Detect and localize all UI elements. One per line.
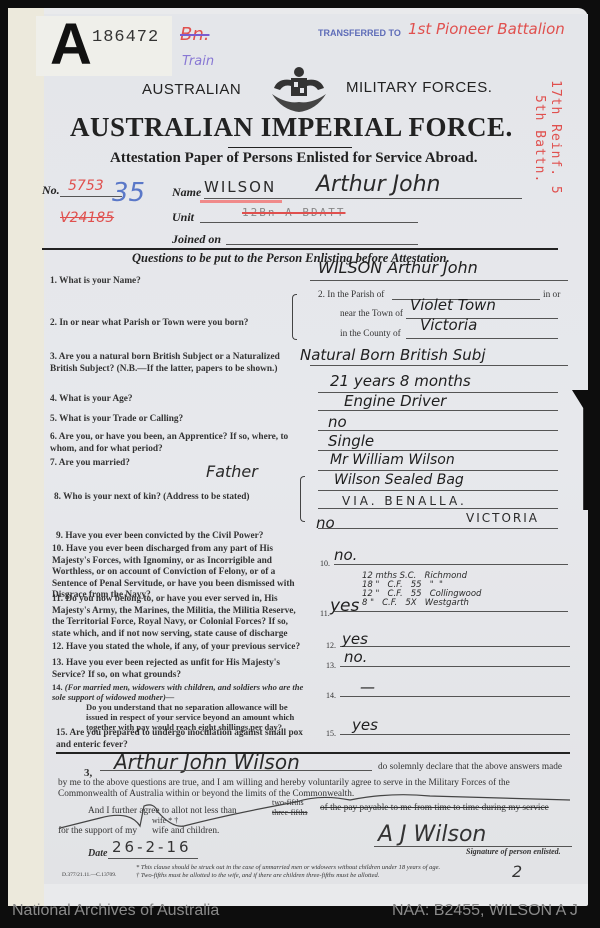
name-label: Name bbox=[172, 185, 201, 200]
answer-line-11 bbox=[334, 611, 568, 612]
answer-13-number: 13. bbox=[326, 660, 336, 672]
answer-line-7 bbox=[318, 450, 558, 451]
declaration-line-1: do solemnly declare that the above answe… bbox=[378, 762, 562, 774]
question-15: 15. Are you prepared to undergo inoculat… bbox=[56, 728, 306, 751]
answer-11-number: 11. bbox=[320, 608, 330, 620]
next-of-kin-line-2: Wilson Sealed Bag bbox=[334, 472, 464, 488]
answer-12: yes bbox=[342, 630, 368, 648]
date-label: Date bbox=[88, 848, 107, 860]
unit-value-struck: 12Bn A BDATT bbox=[242, 206, 345, 219]
question-3: 3. Are you a natural born British Subjec… bbox=[50, 352, 294, 375]
answer-line-5 bbox=[318, 410, 558, 411]
answer-line-1 bbox=[310, 280, 568, 281]
question-14: 14. (For married men, widowers with chil… bbox=[52, 682, 308, 732]
stamp-letter: A bbox=[50, 16, 92, 74]
answer-13: no. bbox=[344, 648, 367, 666]
paper-margin bbox=[8, 8, 44, 906]
no-value: 5753 bbox=[68, 178, 104, 194]
page-title: AUSTRALIAN IMPERIAL FORCE. bbox=[70, 112, 513, 143]
question-6: 6. Are you, or have you been, an Apprent… bbox=[50, 432, 294, 455]
answer-7: Single bbox=[328, 432, 374, 450]
footnote-1: * This clause should be struck out in th… bbox=[136, 864, 440, 871]
town-label: near the Town of bbox=[340, 309, 403, 321]
brace bbox=[292, 294, 297, 340]
name-given: Arthur John bbox=[316, 172, 440, 197]
question-1: 1. What is your Name? bbox=[50, 276, 141, 288]
answer-line-8c bbox=[318, 508, 558, 509]
date-line bbox=[108, 858, 198, 859]
header-australian: AUSTRALIAN bbox=[142, 81, 241, 98]
answer-line-3 bbox=[310, 365, 568, 366]
section-divider bbox=[42, 248, 558, 250]
answer-6: no bbox=[328, 413, 347, 431]
next-of-kin-line-1: Mr William Wilson bbox=[330, 452, 455, 468]
answer-line-8b bbox=[318, 490, 558, 491]
answer-5: Engine Driver bbox=[344, 392, 446, 410]
answer-line-14 bbox=[340, 696, 570, 697]
answer-15-number: 15. bbox=[326, 728, 336, 740]
title-underline bbox=[228, 147, 352, 148]
date-value: 26-2-16 bbox=[112, 838, 192, 856]
question-5: 5. What is your Trade or Calling? bbox=[50, 414, 183, 426]
answer-line-8a bbox=[318, 470, 558, 471]
archive-reference: NAA: B2455, WILSON A J bbox=[392, 902, 578, 920]
answer-line-12 bbox=[340, 646, 570, 647]
question-13: 13. Have you ever been rejected as unfit… bbox=[52, 658, 302, 681]
margin-annotation-2: 5th Battn. bbox=[532, 95, 547, 195]
page-mark: 2 bbox=[512, 862, 522, 881]
corner-annotation: Train bbox=[182, 54, 214, 69]
question-7: 7. Are you married? bbox=[50, 458, 130, 470]
answer-4: 21 years 8 months bbox=[330, 372, 471, 390]
unit-line bbox=[200, 222, 418, 223]
answer-line-10 bbox=[334, 564, 568, 565]
question-12: 12. Have you stated the whole, if any, o… bbox=[52, 642, 300, 654]
no-blue-annotation: 35 bbox=[112, 178, 145, 208]
answer-9: no bbox=[316, 514, 335, 532]
answer-line-15 bbox=[340, 734, 570, 735]
county-label: in the County of bbox=[340, 329, 401, 341]
signature: A J Wilson bbox=[378, 822, 486, 847]
service-history: 12 mths S.C. Richmond18 " C.F. 55 " "12 … bbox=[362, 572, 481, 608]
answer-line-9 bbox=[318, 528, 558, 529]
next-of-kin-line-4: VICTORIA bbox=[466, 511, 539, 525]
name-surname: WILSON bbox=[204, 178, 276, 196]
question-4: 4. What is your Age? bbox=[50, 394, 133, 406]
transferred-value: 1st Pioneer Battalion bbox=[408, 20, 565, 38]
town-value: Violet Town bbox=[410, 296, 496, 314]
next-of-kin-line-3: VIA. BENALLA. bbox=[342, 494, 467, 508]
question-9: 9. Have you ever been convicted by the C… bbox=[56, 531, 263, 543]
strike-through-scribble bbox=[60, 790, 580, 836]
form-code: D.377/21.11.—C.13709. bbox=[62, 872, 116, 878]
answer-10: no. bbox=[334, 546, 357, 564]
archive-credit: National Archives of Australia bbox=[12, 902, 219, 920]
answer-1: WILSON Arthur John bbox=[318, 258, 478, 277]
answer-14: — bbox=[360, 678, 375, 696]
coat-of-arms-icon bbox=[266, 64, 332, 116]
county-line bbox=[406, 338, 558, 339]
subtitle: Attestation Paper of Persons Enlisted fo… bbox=[110, 150, 477, 167]
no-struck-value: V24185 bbox=[60, 210, 114, 226]
parish-label: 2. In the Parish of bbox=[318, 290, 384, 302]
header-military-forces: MILITARY FORCES. bbox=[346, 79, 492, 96]
unit-label: Unit bbox=[172, 210, 194, 225]
footnote-2: † Two-fifths must be allotted to the wif… bbox=[136, 872, 379, 879]
margin-annotation-1: 17th Reinf. 5 bbox=[548, 80, 563, 195]
brace bbox=[300, 476, 305, 522]
answer-line-13 bbox=[340, 666, 570, 667]
in-or-label: in or bbox=[543, 290, 560, 302]
signature-label: Signature of person enlisted. bbox=[466, 846, 561, 858]
next-of-kin-relation: Father bbox=[206, 462, 258, 481]
no-label: No. bbox=[42, 183, 60, 198]
answer-11: yes bbox=[330, 596, 359, 616]
answer-line-6 bbox=[318, 430, 558, 431]
stamp-number: 186472 bbox=[92, 28, 159, 47]
declaration-name-line bbox=[100, 770, 372, 771]
name-red-underline bbox=[200, 200, 282, 203]
transferred-label: TRANSFERRED TO bbox=[318, 28, 401, 38]
answer-3: Natural Born British Subj bbox=[300, 346, 486, 364]
declaration-line-2: by me to the above questions are true, a… bbox=[58, 778, 510, 790]
county-value: Victoria bbox=[420, 316, 477, 334]
name-line bbox=[204, 198, 522, 199]
question-2: 2. In or near what Parish or Town were y… bbox=[50, 318, 248, 330]
answer-12-number: 12. bbox=[326, 640, 336, 652]
question-11: 11. Do you now belong to, or have you ev… bbox=[52, 594, 302, 640]
answer-15: yes bbox=[352, 716, 378, 734]
joined-line bbox=[226, 244, 418, 245]
question-8: 8. Who is your next of kin? (Address to … bbox=[54, 492, 250, 504]
joined-label: Joined on bbox=[172, 232, 221, 247]
question-10: 10. Have you ever been discharged from a… bbox=[52, 544, 302, 602]
corner-annotation-struck: Bn. bbox=[180, 24, 209, 45]
answer-10-number: 10. bbox=[320, 558, 330, 570]
answer-14-number: 14. bbox=[326, 690, 336, 702]
